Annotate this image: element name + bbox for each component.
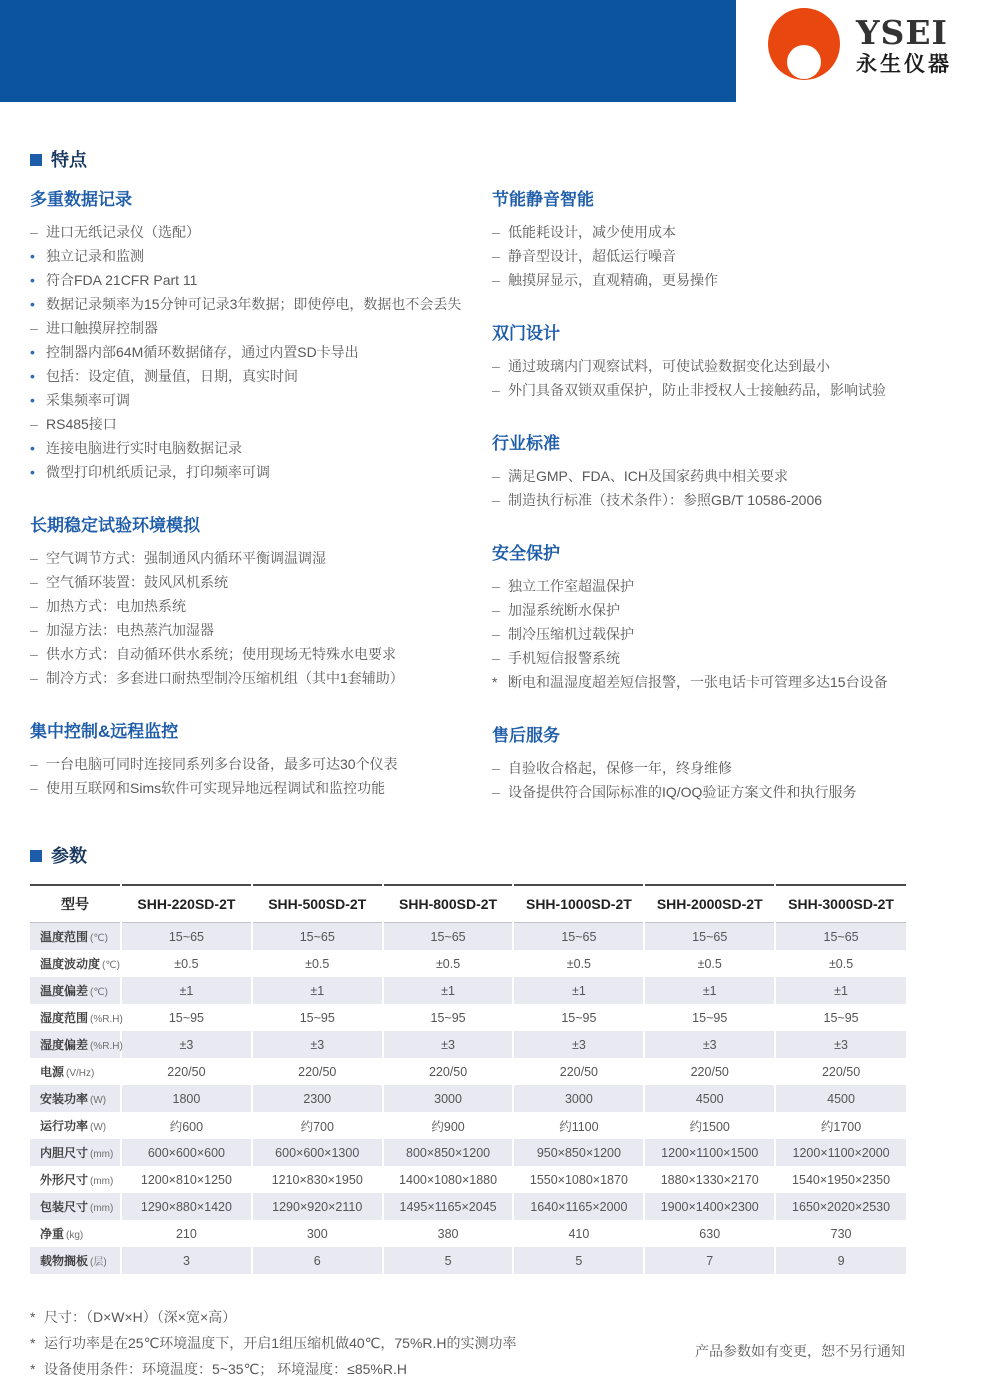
spec-value: 约1700 [775, 1112, 906, 1139]
brand-logo: YSEI 永生仪器 [768, 8, 952, 80]
disclaimer-note: 产品参数如有变更，恕不另行通知 [695, 1341, 905, 1361]
feature-group: 节能静音智能–低能耗设计，减少使用成本–静音型设计，超低运行噪音–触摸屏显示，直… [492, 188, 960, 292]
feature-item-text: 采集频率可调 [46, 388, 130, 412]
bullet-icon: – [492, 598, 508, 622]
feature-item: –RS485接口 [30, 412, 492, 436]
feature-item-text: 进口无纸记录仪（选配） [46, 220, 200, 244]
spec-table-head: 型号SHH-220SD-2TSHH-500SD-2TSHH-800SD-2TSH… [30, 885, 906, 923]
brand-logo-icon [768, 8, 840, 80]
feature-item: •控制器内部64M循环数据储存，通过内置SD卡导出 [30, 340, 492, 364]
model-name-header: SHH-3000SD-2T [775, 885, 906, 923]
bullet-icon: – [30, 618, 46, 642]
spec-value: ±1 [513, 977, 644, 1004]
bullet-icon: – [30, 594, 46, 618]
model-column-header: 型号 [30, 885, 121, 923]
brand-name: YSEI [856, 16, 952, 50]
spec-row-label: 电源(V/Hz) [30, 1058, 121, 1085]
spec-row-unit: (%R.H) [90, 1041, 123, 1052]
feature-item: –手机短信报警系统 [492, 646, 960, 670]
feature-item: –一台电脑可同时连接同系列多台设备，最多可达30个仪表 [30, 752, 492, 776]
feature-item: •微型打印机纸质记录，打印频率可调 [30, 460, 492, 484]
feature-item-text: 低能耗设计，减少使用成本 [508, 220, 676, 244]
spec-row-unit: (W) [90, 1095, 106, 1106]
feature-group: 安全保护–独立工作室超温保护–加湿系统断水保护–制冷压缩机过载保护–手机短信报警… [492, 542, 960, 694]
bullet-icon: – [30, 776, 46, 800]
model-name-header: SHH-800SD-2T [383, 885, 514, 923]
bullet-icon: • [30, 244, 46, 268]
spec-row-unit: (mm) [90, 1176, 113, 1187]
feature-item: •数据记录频率为15分钟可记录3年数据；即使停电，数据也不会丢失 [30, 292, 492, 316]
spec-value: 1650×2020×2530 [775, 1193, 906, 1220]
feature-item: –加热方式：电加热系统 [30, 594, 492, 618]
spec-row-label: 运行功率(W) [30, 1112, 121, 1139]
spec-value: 410 [513, 1220, 644, 1247]
feature-item: –加湿方法：电热蒸汽加湿器 [30, 618, 492, 642]
feature-item-text: 供水方式：自动循环供水系统；使用现场无特殊水电要求 [46, 642, 396, 666]
feature-group: 双门设计–通过玻璃内门观察试料，可使试验数据变化达到最小–外门具备双锁双重保护，… [492, 322, 960, 402]
spec-value: 约1100 [513, 1112, 644, 1139]
params-section: 参数 型号SHH-220SD-2TSHH-500SD-2TSHH-800SD-2… [30, 844, 960, 1377]
feature-group-title: 安全保护 [492, 542, 960, 566]
spec-value: 15~65 [513, 923, 644, 951]
feature-item-text: 控制器内部64M循环数据储存，通过内置SD卡导出 [46, 340, 359, 364]
bullet-icon: – [30, 412, 46, 436]
spec-row-unit: (层) [90, 1257, 107, 1268]
feature-item-text: 通过玻璃内门观察试料，可使试验数据变化达到最小 [508, 354, 830, 378]
spec-value: 1495×1165×2045 [383, 1193, 514, 1220]
spec-value: 6 [252, 1247, 383, 1274]
spec-value: 210 [121, 1220, 252, 1247]
feature-item: –设备提供符合国际标准的IQ/OQ验证方案文件和执行服务 [492, 780, 960, 804]
footnote-text: 设备使用条件：环境温度：5~35℃； 环境湿度：≤85%R.H [44, 1356, 407, 1377]
feature-item: –低能耗设计，减少使用成本 [492, 220, 960, 244]
spec-value: 630 [644, 1220, 775, 1247]
feature-item-text: 制造执行标准（技术条件）：参照GB/T 10586-2006 [508, 488, 822, 512]
spec-row-label: 包装尺寸(mm) [30, 1193, 121, 1220]
feature-group: 行业标准–满足GMP、FDA、ICH及国家药典中相关要求–制造执行标准（技术条件… [492, 432, 960, 512]
spec-value: 15~65 [252, 923, 383, 951]
spec-row-unit: (℃) [90, 933, 108, 944]
header-band [0, 0, 736, 102]
feature-item: –使用互联网和Sims软件可实现异地远程调试和监控功能 [30, 776, 492, 800]
feature-item-text: 制冷压缩机过载保护 [508, 622, 634, 646]
bullet-icon: – [492, 354, 508, 378]
feature-item: –供水方式：自动循环供水系统；使用现场无特殊水电要求 [30, 642, 492, 666]
spec-value: 15~65 [775, 923, 906, 951]
feature-item-text: RS485接口 [46, 412, 117, 436]
spec-value: 950×850×1200 [513, 1139, 644, 1166]
bullet-icon: – [492, 756, 508, 780]
spec-value: 300 [252, 1220, 383, 1247]
spec-row: 包装尺寸(mm)1290×880×14201290×920×21101495×1… [30, 1193, 906, 1220]
feature-item: –制冷压缩机过载保护 [492, 622, 960, 646]
spec-value: 1540×1950×2350 [775, 1166, 906, 1193]
feature-group: 长期稳定试验环境模拟–空气调节方式：强制通风内循环平衡调温调湿–空气循环装置：鼓… [30, 514, 492, 690]
spec-row-label: 温度波动度(℃) [30, 950, 121, 977]
spec-value: 5 [513, 1247, 644, 1274]
feature-item: •连接电脑进行实时电脑数据记录 [30, 436, 492, 460]
bullet-icon: – [30, 752, 46, 776]
bullet-icon: – [30, 570, 46, 594]
spec-value: 15~95 [644, 1004, 775, 1031]
feature-item-text: 手机短信报警系统 [508, 646, 620, 670]
spec-row-unit: (kg) [66, 1230, 83, 1241]
section-square-icon [30, 154, 42, 166]
spec-value: ±1 [252, 977, 383, 1004]
feature-item-text: 触摸屏显示，直观精确，更易操作 [508, 268, 718, 292]
model-name-header: SHH-1000SD-2T [513, 885, 644, 923]
spec-row-unit: (℃) [90, 987, 108, 998]
spec-value: 约900 [383, 1112, 514, 1139]
spec-row-label: 内胆尺寸(mm) [30, 1139, 121, 1166]
spec-value: 1200×810×1250 [121, 1166, 252, 1193]
spec-row-label: 载物搁板(层) [30, 1247, 121, 1274]
spec-value: 600×600×600 [121, 1139, 252, 1166]
spec-value: 1290×880×1420 [121, 1193, 252, 1220]
spec-value: 15~95 [121, 1004, 252, 1031]
spec-value: ±3 [383, 1031, 514, 1058]
bullet-icon: – [492, 622, 508, 646]
spec-row-label: 外形尺寸(mm) [30, 1166, 121, 1193]
feature-group-title: 节能静音智能 [492, 188, 960, 212]
feature-item-text: 静音型设计，超低运行噪音 [508, 244, 676, 268]
bullet-icon: – [492, 574, 508, 598]
bullet-icon: – [30, 666, 46, 690]
feature-group-title: 长期稳定试验环境模拟 [30, 514, 492, 538]
spec-value: 15~95 [383, 1004, 514, 1031]
spec-row-label: 湿度偏差(%R.H) [30, 1031, 121, 1058]
bullet-icon: – [492, 464, 508, 488]
feature-item: –制冷方式：多套进口耐热型制冷压缩机组（其中1套辅助） [30, 666, 492, 690]
bullet-icon: • [30, 268, 46, 292]
feature-item: •独立记录和监测 [30, 244, 492, 268]
bullet-icon: • [30, 436, 46, 460]
spec-value: ±1 [775, 977, 906, 1004]
spec-row: 外形尺寸(mm)1200×810×12501210×830×19501400×1… [30, 1166, 906, 1193]
spec-value: 7 [644, 1247, 775, 1274]
bullet-icon: – [492, 268, 508, 292]
bullet-icon: – [492, 378, 508, 402]
spec-row: 内胆尺寸(mm)600×600×600600×600×1300800×850×1… [30, 1139, 906, 1166]
spec-value: ±0.5 [383, 950, 514, 977]
feature-item: •包括：设定值，测量值，日期，真实时间 [30, 364, 492, 388]
spec-row-label: 安装功率(W) [30, 1085, 121, 1112]
spec-value: 220/50 [775, 1058, 906, 1085]
feature-item-text: 数据记录频率为15分钟可记录3年数据；即使停电，数据也不会丢失 [46, 292, 461, 316]
feature-item: –空气调节方式：强制通风内循环平衡调温调湿 [30, 546, 492, 570]
features-right-column: 节能静音智能–低能耗设计，减少使用成本–静音型设计，超低运行噪音–触摸屏显示，直… [492, 188, 960, 834]
spec-row-label: 温度范围(℃) [30, 923, 121, 951]
feature-item: –满足GMP、FDA、ICH及国家药典中相关要求 [492, 464, 960, 488]
spec-value: 1200×1100×2000 [775, 1139, 906, 1166]
spec-value: 15~95 [513, 1004, 644, 1031]
feature-item: –进口触摸屏控制器 [30, 316, 492, 340]
spec-value: 220/50 [644, 1058, 775, 1085]
section-square-icon [30, 850, 42, 862]
feature-item-text: 设备提供符合国际标准的IQ/OQ验证方案文件和执行服务 [508, 780, 856, 804]
spec-row: 安装功率(W)180023003000300045004500 [30, 1085, 906, 1112]
spec-row-unit: (mm) [90, 1149, 113, 1160]
spec-row-label: 湿度范围(%R.H) [30, 1004, 121, 1031]
feature-item: –制造执行标准（技术条件）：参照GB/T 10586-2006 [492, 488, 960, 512]
feature-group-title: 行业标准 [492, 432, 960, 456]
brand-name-chinese: 永生仪器 [856, 52, 952, 78]
bullet-icon: – [492, 780, 508, 804]
spec-value: ±3 [513, 1031, 644, 1058]
feature-item-text: 进口触摸屏控制器 [46, 316, 158, 340]
spec-value: ±0.5 [252, 950, 383, 977]
features-left-column: 多重数据记录–进口无纸记录仪（选配）•独立记录和监测•符合FDA 21CFR P… [30, 188, 492, 830]
spec-row-unit: (%R.H) [90, 1014, 123, 1025]
spec-value: 4500 [644, 1085, 775, 1112]
spec-value: 2300 [252, 1085, 383, 1112]
feature-item: –外门具备双锁双重保护，防止非授权人士接触药品，影响试验 [492, 378, 960, 402]
footnote-text: 运行功率是在25℃环境温度下，开启1组压缩机做40℃，75%R.H的实测功率 [44, 1330, 517, 1356]
bullet-icon: • [30, 292, 46, 316]
bullet-icon: – [492, 220, 508, 244]
feature-group-title: 售后服务 [492, 724, 960, 748]
spec-value: ±3 [121, 1031, 252, 1058]
params-section-heading: 参数 [30, 844, 960, 868]
spec-value: 15~65 [644, 923, 775, 951]
spec-row: 湿度范围(%R.H)15~9515~9515~9515~9515~9515~95 [30, 1004, 906, 1031]
spec-value: 1640×1165×2000 [513, 1193, 644, 1220]
spec-value: 1800 [121, 1085, 252, 1112]
footnote-text: 尺寸：（D×W×H）（深×宽×高） [44, 1304, 236, 1330]
page-content: 特点 多重数据记录–进口无纸记录仪（选配）•独立记录和监测•符合FDA 21CF… [0, 102, 990, 1377]
spec-value: 1200×1100×1500 [644, 1139, 775, 1166]
bullet-icon: – [30, 546, 46, 570]
spec-value: ±3 [644, 1031, 775, 1058]
features-section-title: 特点 [51, 148, 87, 172]
spec-value: 220/50 [383, 1058, 514, 1085]
bullet-icon: – [30, 316, 46, 340]
spec-value: 1880×1330×2170 [644, 1166, 775, 1193]
feature-item-text: 制冷方式：多套进口耐热型制冷压缩机组（其中1套辅助） [46, 666, 404, 690]
feature-item-text: 满足GMP、FDA、ICH及国家药典中相关要求 [508, 464, 788, 488]
spec-value: 1550×1080×1870 [513, 1166, 644, 1193]
spec-value: ±0.5 [775, 950, 906, 977]
feature-item: *断电和温湿度超差短信报警，一张电话卡可管理多达15台设备 [492, 670, 960, 694]
bullet-icon: – [492, 488, 508, 512]
bullet-icon: * [492, 670, 508, 694]
bullet-icon: – [30, 220, 46, 244]
bullet-icon: • [30, 460, 46, 484]
feature-item-text: 独立工作室超温保护 [508, 574, 634, 598]
spec-value: ±1 [121, 977, 252, 1004]
spec-value: ±1 [383, 977, 514, 1004]
spec-row: 温度偏差(℃)±1±1±1±1±1±1 [30, 977, 906, 1004]
feature-group: 售后服务–自验收合格起，保修一年，终身维修–设备提供符合国际标准的IQ/OQ验证… [492, 724, 960, 804]
feature-item-text: 独立记录和监测 [46, 244, 144, 268]
spec-value: 800×850×1200 [383, 1139, 514, 1166]
spec-value: ±0.5 [513, 950, 644, 977]
feature-item: –加湿系统断水保护 [492, 598, 960, 622]
spec-value: 约600 [121, 1112, 252, 1139]
spec-value: ±3 [252, 1031, 383, 1058]
feature-item-text: 自验收合格起，保修一年，终身维修 [508, 756, 732, 780]
spec-row-label: 温度偏差(℃) [30, 977, 121, 1004]
spec-row: 湿度偏差(%R.H)±3±3±3±3±3±3 [30, 1031, 906, 1058]
spec-value: 5 [383, 1247, 514, 1274]
spec-value: ±1 [644, 977, 775, 1004]
feature-item: –静音型设计，超低运行噪音 [492, 244, 960, 268]
spec-value: 730 [775, 1220, 906, 1247]
spec-value: 220/50 [121, 1058, 252, 1085]
footnote: *尺寸：（D×W×H）（深×宽×高） [30, 1304, 960, 1330]
feature-item-text: 加湿系统断水保护 [508, 598, 620, 622]
feature-item-text: 符合FDA 21CFR Part 11 [46, 268, 197, 292]
spec-value: ±0.5 [644, 950, 775, 977]
feature-item-text: 加湿方法：电热蒸汽加湿器 [46, 618, 214, 642]
spec-row-unit: (V/Hz) [66, 1068, 94, 1079]
spec-value: 1400×1080×1880 [383, 1166, 514, 1193]
spec-value: 15~65 [383, 923, 514, 951]
feature-item-text: 包括：设定值，测量值，日期，真实时间 [46, 364, 298, 388]
spec-row: 温度范围(℃)15~6515~6515~6515~6515~6515~65 [30, 923, 906, 951]
feature-group-title: 双门设计 [492, 322, 960, 346]
feature-item-text: 断电和温湿度超差短信报警，一张电话卡可管理多达15台设备 [508, 670, 888, 694]
spec-value: 380 [383, 1220, 514, 1247]
spec-value: 1210×830×1950 [252, 1166, 383, 1193]
spec-value: 3000 [513, 1085, 644, 1112]
bullet-icon: – [492, 646, 508, 670]
asterisk-icon: * [30, 1304, 44, 1330]
spec-value: ±0.5 [121, 950, 252, 977]
feature-item-text: 连接电脑进行实时电脑数据记录 [46, 436, 242, 460]
feature-item: –触摸屏显示，直观精确，更易操作 [492, 268, 960, 292]
features-columns: 多重数据记录–进口无纸记录仪（选配）•独立记录和监测•符合FDA 21CFR P… [30, 188, 960, 834]
feature-item-text: 加热方式：电加热系统 [46, 594, 186, 618]
model-name-header: SHH-500SD-2T [252, 885, 383, 923]
feature-item: –空气循环装置：鼓风风机系统 [30, 570, 492, 594]
spec-table: 型号SHH-220SD-2TSHH-500SD-2TSHH-800SD-2TSH… [30, 884, 906, 1274]
spec-value: 600×600×1300 [252, 1139, 383, 1166]
spec-row-label: 净重(kg) [30, 1220, 121, 1247]
feature-item-text: 外门具备双锁双重保护，防止非授权人士接触药品，影响试验 [508, 378, 886, 402]
bullet-icon: • [30, 388, 46, 412]
asterisk-icon: * [30, 1330, 44, 1356]
model-name-header: SHH-2000SD-2T [644, 885, 775, 923]
spec-row-unit: (W) [90, 1122, 106, 1133]
spec-value: 3 [121, 1247, 252, 1274]
spec-row: 载物搁板(层)365579 [30, 1247, 906, 1274]
spec-value: 3000 [383, 1085, 514, 1112]
bullet-icon: – [30, 642, 46, 666]
feature-item: •采集频率可调 [30, 388, 492, 412]
feature-item: –进口无纸记录仪（选配） [30, 220, 492, 244]
feature-item-text: 一台电脑可同时连接同系列多台设备，最多可达30个仪表 [46, 752, 398, 776]
spec-row: 温度波动度(℃)±0.5±0.5±0.5±0.5±0.5±0.5 [30, 950, 906, 977]
spec-value: 15~95 [252, 1004, 383, 1031]
spec-row-unit: (℃) [102, 960, 120, 971]
spec-value: 9 [775, 1247, 906, 1274]
feature-group-title: 多重数据记录 [30, 188, 492, 212]
feature-item-text: 空气调节方式：强制通风内循环平衡调温调湿 [46, 546, 326, 570]
spec-row-unit: (mm) [90, 1203, 113, 1214]
params-section-title: 参数 [51, 844, 87, 868]
feature-group: 集中控制&远程监控–一台电脑可同时连接同系列多台设备，最多可达30个仪表–使用互… [30, 720, 492, 800]
feature-item-text: 空气循环装置：鼓风风机系统 [46, 570, 228, 594]
spec-value: 220/50 [252, 1058, 383, 1085]
spec-value: 1900×1400×2300 [644, 1193, 775, 1220]
feature-group-title: 集中控制&远程监控 [30, 720, 492, 744]
feature-group: 多重数据记录–进口无纸记录仪（选配）•独立记录和监测•符合FDA 21CFR P… [30, 188, 492, 484]
bullet-icon: • [30, 364, 46, 388]
spec-value: 4500 [775, 1085, 906, 1112]
spec-value: 1290×920×2110 [252, 1193, 383, 1220]
feature-item: –通过玻璃内门观察试料，可使试验数据变化达到最小 [492, 354, 960, 378]
bullet-icon: • [30, 340, 46, 364]
spec-value: 15~65 [121, 923, 252, 951]
feature-item: •符合FDA 21CFR Part 11 [30, 268, 492, 292]
spec-value: 220/50 [513, 1058, 644, 1085]
spec-value: 约700 [252, 1112, 383, 1139]
features-section-heading: 特点 [30, 148, 960, 172]
feature-item: –自验收合格起，保修一年，终身维修 [492, 756, 960, 780]
spec-row: 净重(kg)210300380410630730 [30, 1220, 906, 1247]
feature-item-text: 微型打印机纸质记录，打印频率可调 [46, 460, 270, 484]
feature-item-text: 使用互联网和Sims软件可实现异地远程调试和监控功能 [46, 776, 385, 800]
spec-table-body: 温度范围(℃)15~6515~6515~6515~6515~6515~65温度波… [30, 923, 906, 1275]
bullet-icon: – [492, 244, 508, 268]
feature-item: –独立工作室超温保护 [492, 574, 960, 598]
spec-value: ±3 [775, 1031, 906, 1058]
model-name-header: SHH-220SD-2T [121, 885, 252, 923]
spec-value: 约1500 [644, 1112, 775, 1139]
spec-value: 15~95 [775, 1004, 906, 1031]
spec-row: 运行功率(W)约600约700约900约1100约1500约1700 [30, 1112, 906, 1139]
spec-row: 电源(V/Hz)220/50220/50220/50220/50220/5022… [30, 1058, 906, 1085]
asterisk-icon: * [30, 1356, 44, 1377]
